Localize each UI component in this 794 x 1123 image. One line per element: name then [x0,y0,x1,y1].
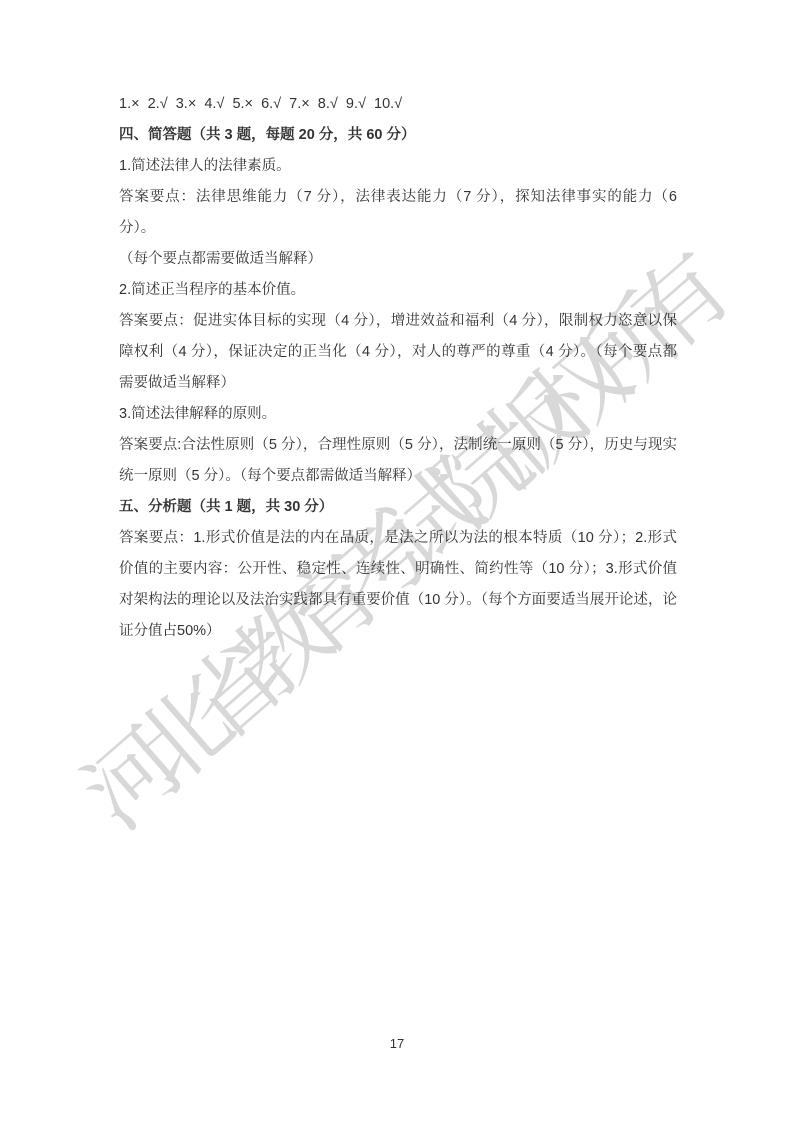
short-answer-answer-1: 答案要点：法律思维能力（7 分），法律表达能力（7 分），探知法律事实的能力（6… [119,182,677,244]
short-answer-question-2: 2.简述正当程序的基本价值。 [119,275,677,306]
section-heading-short-answer: 四、简答题（共 3 题，每题 20 分，共 60 分） [119,120,677,151]
short-answer-answer-3: 答案要点:合法性原则（5 分），合理性原则（5 分），法制统一原则（5 分），历… [119,430,677,492]
short-answer-note-1: （每个要点都需要做适当解释） [119,244,677,275]
page-number: 17 [0,1036,794,1051]
short-answer-question-1: 1.简述法律人的法律素质。 [119,151,677,182]
true-false-answers-line: 1.× 2.√ 3.× 4.√ 5.× 6.√ 7.× 8.√ 9.√ 10.√ [119,89,677,120]
short-answer-question-3: 3.简述法律解释的原则。 [119,399,677,430]
analysis-answer: 答案要点：1.形式价值是法的内在品质，是法之所以为法的根本特质（10 分）；2.… [119,523,677,647]
short-answer-answer-2: 答案要点：促进实体目标的实现（4 分），增进效益和福利（4 分），限制权力恣意以… [119,306,677,399]
section-heading-analysis: 五、分析题（共 1 题，共 30 分） [119,492,677,523]
document-body: 1.× 2.√ 3.× 4.√ 5.× 6.√ 7.× 8.√ 9.√ 10.√… [119,89,677,647]
